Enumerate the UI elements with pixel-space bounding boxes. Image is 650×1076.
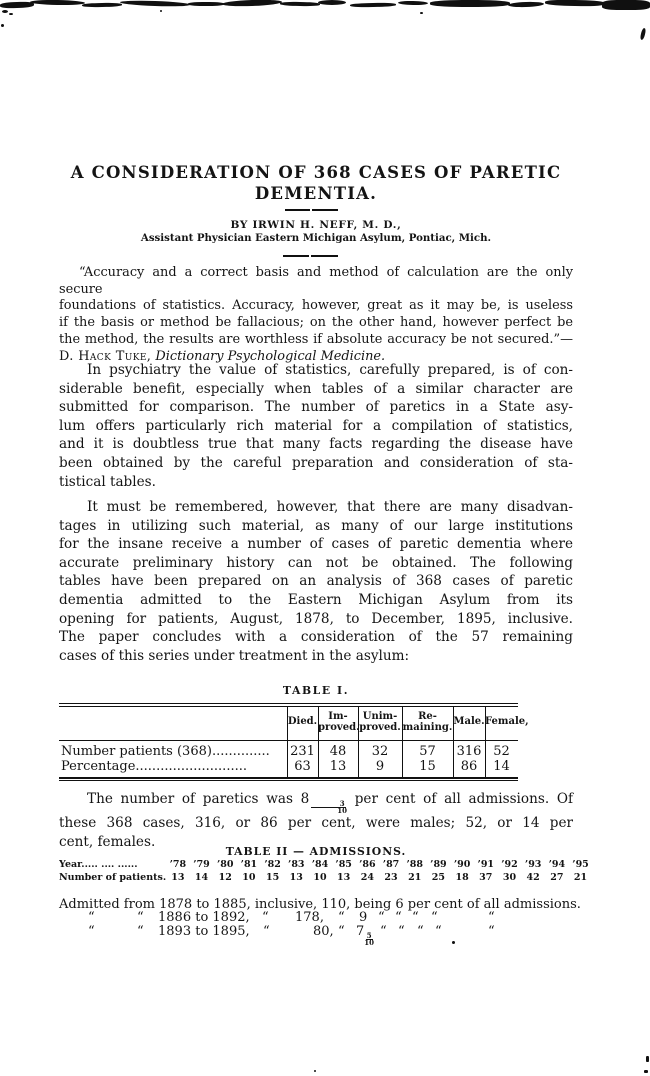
text-line: tistical tables. <box>59 473 573 492</box>
year-cell: ’89 <box>427 859 451 870</box>
text-line: opening for patients, August, 1878, to D… <box>59 610 573 629</box>
paper-title: A CONSIDERATION OF 368 CASES OF PARETIC … <box>59 162 573 204</box>
table2-year-row: Year..... .... ...... ’78 ’79 ’80 ’81 ’8… <box>59 859 593 870</box>
text-line: The paper concludes with a consideration… <box>59 628 573 647</box>
admission-count: 178, <box>295 911 324 925</box>
patient-count-cell: 13 <box>166 872 190 883</box>
ditto-mark: “ <box>88 911 95 925</box>
patient-count-cell: 13 <box>332 872 356 883</box>
table1-header-unimproved: Unim- proved. <box>358 712 402 733</box>
text-line: cases of this series under treatment in … <box>59 647 573 666</box>
ink-speck <box>314 1070 316 1072</box>
year-cell: ’92 <box>498 859 522 870</box>
patient-count-cell: 30 <box>498 872 522 883</box>
text-line: these 368 cases, 316, or 86 per cent, we… <box>59 814 573 833</box>
text-line: “Accuracy and a correct basis and method… <box>59 265 573 298</box>
table-row: Number patients (368).............. 231 … <box>59 745 518 759</box>
patients-row-label: Number of patients.. <box>59 872 166 883</box>
ink-speck <box>646 1056 649 1062</box>
text-line: for the insane receive a number of cases… <box>59 535 573 554</box>
ink-speck <box>644 1070 648 1073</box>
patient-count-cell: 21 <box>403 872 427 883</box>
table-row: Percentage........................... 63… <box>59 760 518 774</box>
ditto-mark: “ <box>395 911 402 925</box>
fraction-3-10: 310 <box>309 801 347 814</box>
year-cell: ’80 <box>213 859 237 870</box>
text-line: if the basis or method be fallacious; on… <box>59 315 573 332</box>
ink-speck <box>452 941 455 944</box>
text-line: The number of paretics was 8310 per cent… <box>59 790 573 814</box>
text-line: foundations of statistics. Accuracy, how… <box>59 298 573 315</box>
patient-count-cell: 37 <box>474 872 498 883</box>
year-cell: ’84 <box>308 859 332 870</box>
text-line: been obtained by the careful preparation… <box>59 454 573 473</box>
admissions-summary-line-3: “ “ 1893 to 1895, “ 80, “ 7510 “ “ “ “ “ <box>59 925 573 939</box>
ditto-mark: “ <box>435 925 442 939</box>
patient-count-cell: 21 <box>569 872 593 883</box>
text-line: submitted for comparison. The number of … <box>59 398 573 417</box>
patient-count-cell: 25 <box>427 872 451 883</box>
ditto-mark: “ <box>412 911 419 925</box>
ditto-mark: “ <box>378 911 385 925</box>
text-line: It must be remembered, however, that the… <box>59 498 573 517</box>
year-cell: ’88 <box>403 859 427 870</box>
ditto-mark: “ <box>488 925 495 939</box>
patient-count-cell: 15 <box>261 872 285 883</box>
year-row-label: Year..... .... ...... <box>59 859 166 870</box>
author-byline: BY IRWIN H. NEFF, M. D., <box>59 219 573 231</box>
text-line: the method, the results are worthless if… <box>59 332 573 349</box>
ditto-mark: “ <box>417 925 424 939</box>
table1-header-female: Female, <box>485 717 518 728</box>
ditto-mark: “ <box>137 911 144 925</box>
year-cell: ’83 <box>284 859 308 870</box>
ditto-mark: “ <box>338 911 345 925</box>
ditto-mark: “ <box>263 925 270 939</box>
table1-header-remaining: Re- maining. <box>402 712 453 733</box>
year-cell: ’93 <box>521 859 545 870</box>
patient-count-cell: 14 <box>190 872 214 883</box>
divider-rule-byline <box>283 255 338 257</box>
text-line: lum offers particularly rich material fo… <box>59 417 573 436</box>
patient-count-cell: 18 <box>450 872 474 883</box>
text-line: and it is doubtless true that many facts… <box>59 435 573 454</box>
admissions-summary-line-2: “ “ 1886 to 1892, “ 178, “ 9 “ “ “ “ “ <box>59 911 573 925</box>
admission-percent: 7510 <box>356 925 374 946</box>
ditto-mark: “ <box>137 925 144 939</box>
patient-count-cell: 10 <box>308 872 332 883</box>
ditto-mark: “ <box>398 925 405 939</box>
patient-count-cell: 24 <box>356 872 380 883</box>
paragraph-disadvantages: It must be remembered, however, that the… <box>59 498 573 665</box>
year-cell: ’91 <box>474 859 498 870</box>
year-cell: ’94 <box>545 859 569 870</box>
year-cell: ’95 <box>569 859 593 870</box>
title-line-2: DEMENTIA. <box>59 183 573 204</box>
patient-count-cell: 23 <box>379 872 403 883</box>
scanned-paper-page: A CONSIDERATION OF 368 CASES OF PARETIC … <box>0 0 650 1076</box>
admission-percent: 9 <box>359 911 367 925</box>
year-cell: ’82 <box>261 859 285 870</box>
divider-rule-top <box>285 209 338 211</box>
admission-count: 80, <box>313 925 334 939</box>
year-range: 1893 to 1895, <box>158 925 250 939</box>
paragraph-psychiatry: In psychiatry the value of statistics, c… <box>59 361 573 491</box>
epigraph-quote: “Accuracy and a correct basis and method… <box>59 265 573 365</box>
ditto-mark: “ <box>262 911 269 925</box>
patient-count-cell: 10 <box>237 872 261 883</box>
fraction-5-10: 510 <box>364 933 374 946</box>
year-cell: ’85 <box>332 859 356 870</box>
text-line: dementia admitted to the Eastern Michiga… <box>59 591 573 610</box>
title-line-1: A CONSIDERATION OF 368 CASES OF PARETIC <box>59 162 573 183</box>
ditto-mark: “ <box>88 925 95 939</box>
table1-header-died: Died. <box>287 717 318 728</box>
paragraph-percent: The number of paretics was 8310 per cent… <box>59 790 573 851</box>
table1-header-male: Male. <box>453 717 485 728</box>
ditto-mark: “ <box>380 925 387 939</box>
text-line: siderable benefit, especially when table… <box>59 380 573 399</box>
text-line: accurate preliminary history can not be … <box>59 554 573 573</box>
patient-count-cell: 12 <box>213 872 237 883</box>
ditto-mark: “ <box>338 925 345 939</box>
table1-header-improved: Im- proved. <box>318 712 358 733</box>
ditto-mark: “ <box>488 911 495 925</box>
table1-caption: TABLE I. <box>59 684 573 697</box>
year-cell: ’81 <box>237 859 261 870</box>
year-cell: ’86 <box>356 859 380 870</box>
year-cell: ’90 <box>450 859 474 870</box>
patient-count-cell: 13 <box>284 872 308 883</box>
scan-noise <box>0 0 650 60</box>
text-line: tages in utilizing such material, as man… <box>59 517 573 536</box>
table2-caption: TABLE II — ADMISSIONS. <box>59 845 573 858</box>
year-cell: ’78 <box>166 859 190 870</box>
patient-count-cell: 42 <box>521 872 545 883</box>
table2-patients-row: Number of patients.. 13 14 12 10 15 13 1… <box>59 872 593 883</box>
text-line: In psychiatry the value of statistics, c… <box>59 361 573 380</box>
author-affiliation: Assistant Physician Eastern Michigan Asy… <box>59 232 573 244</box>
year-cell: ’79 <box>190 859 214 870</box>
year-range: 1886 to 1892, <box>158 911 250 925</box>
ditto-mark: “ <box>431 911 438 925</box>
patient-count-cell: 27 <box>545 872 569 883</box>
year-cell: ’87 <box>379 859 403 870</box>
table1: Died. Im- proved. Unim- proved. Re- main… <box>59 703 518 782</box>
text-line: tables have been prepared on an analysis… <box>59 572 573 591</box>
